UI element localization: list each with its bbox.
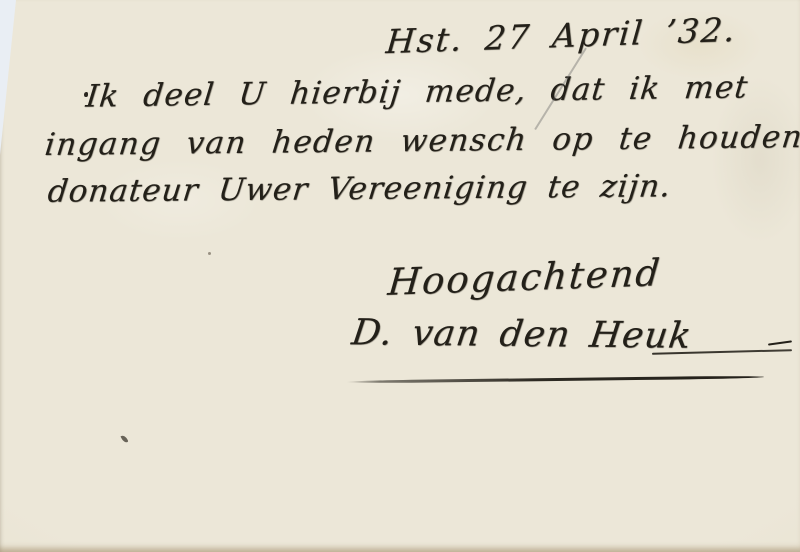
body-line-2: ingang van heden wensch op te houden [43, 119, 800, 163]
paper-edge-backdrop-wedge [0, 0, 16, 155]
signature-underline [346, 375, 764, 383]
paper: Hst. 27 April ’32. Ik deel U hierbij med… [0, 0, 800, 552]
dateline: Hst. 27 April ’32. [384, 10, 738, 61]
body-line-3: donateur Uwer Vereeniging te zijn. [46, 168, 673, 209]
signature: D. van den Heuk [349, 312, 694, 357]
closing-salutation: Hoogachtend [386, 251, 663, 304]
ink-speck [121, 434, 129, 443]
signature-flourish-dash [768, 340, 792, 346]
scanned-document: Hst. 27 April ’32. Ik deel U hierbij med… [0, 0, 800, 552]
ink-speck [84, 92, 88, 97]
body-line-1: Ik deel U hierbij mede, dat ik met [84, 69, 750, 114]
ink-speck [208, 252, 211, 255]
